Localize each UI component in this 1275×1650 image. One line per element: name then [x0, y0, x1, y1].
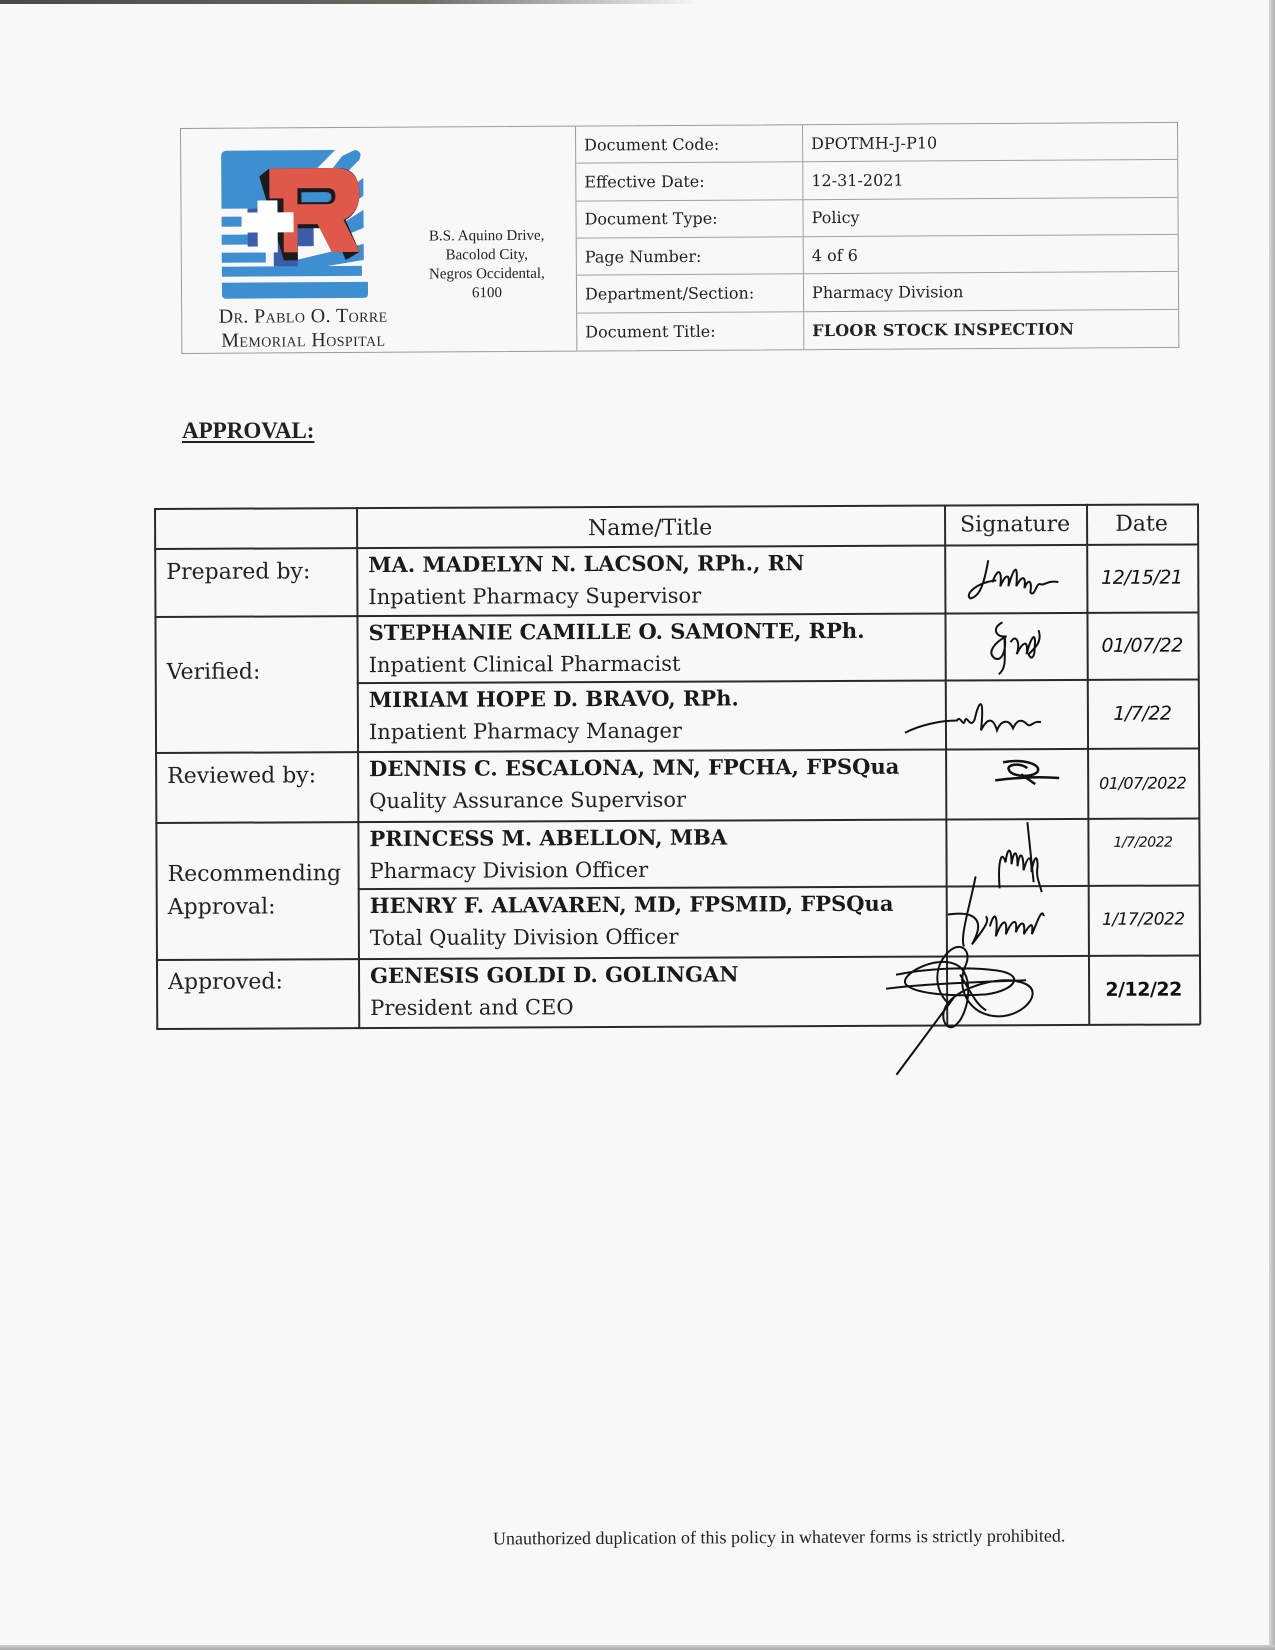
signature-escalona-icon [991, 758, 1071, 792]
document-code-value: DPOTMH-J-P10 [803, 123, 1177, 163]
signatory-name: GENESIS GOLDI D. GOLINGAN [370, 958, 946, 993]
signatory-golingan: GENESIS GOLDI D. GOLINGAN President and … [358, 958, 946, 1025]
role-verified: Verified: [155, 655, 357, 689]
signatory-title: Quality Assurance Supervisor [369, 783, 945, 818]
date-abellon: 1/7/2022 [1087, 817, 1198, 867]
page-number-label: Page Number: [577, 237, 804, 276]
role-prepared-by: Prepared by: [154, 555, 356, 589]
signature-bravo-icon [901, 690, 1081, 745]
signatory-name: MA. MADELYN N. LACSON, RPh., RN [368, 547, 944, 582]
effective-date-label: Effective Date: [576, 163, 803, 202]
document-title-label: Document Title: [577, 312, 804, 351]
hospital-identity: Dr. Pablo O. Torre Memorial Hospital B.S… [181, 127, 577, 353]
column-header-name-title: Name/Title [356, 507, 944, 550]
document-code-label: Document Code: [576, 125, 803, 164]
date-bravo: 1/7/22 [1087, 678, 1198, 747]
document-metadata-table: Document Code: DPOTMH-J-P10 Effective Da… [576, 123, 1178, 351]
date-samonte: 01/07/22 [1086, 611, 1197, 678]
scan-edge-bottom [0, 1645, 1275, 1650]
signatory-bravo: MIRIAM HOPE D. BRAVO, RPh. Inpatient Pha… [357, 682, 945, 749]
date-golingan: 2/12/22 [1088, 954, 1199, 1023]
signature-samonte-icon [976, 618, 1056, 682]
signatory-title: Inpatient Pharmacy Supervisor [368, 579, 944, 614]
signatory-name: HENRY F. ALAVAREN, MD, FPSMID, FPSQua [370, 888, 946, 923]
hospital-name: Dr. Pablo O. Torre Memorial Hospital [188, 304, 418, 353]
column-header-date: Date [1086, 503, 1197, 543]
department-value: Pharmacy Division [804, 272, 1178, 312]
role-reviewed-by: Reviewed by: [155, 759, 357, 793]
document-type-value: Policy [803, 198, 1177, 238]
signatory-title: Pharmacy Division Officer [370, 853, 946, 888]
signatory-title: Total Quality Division Officer [370, 920, 946, 955]
scan-edge-right [1269, 0, 1275, 1650]
hospital-address: B.S. Aquino Drive, Bacolod City, Negros … [402, 227, 572, 304]
signature-golingan-icon [876, 934, 1057, 1079]
date-escalona: 01/07/2022 [1087, 747, 1198, 817]
signatory-escalona: DENNIS C. ESCALONA, MN, FPCHA, FPSQua Qu… [357, 751, 945, 818]
page-number-value: 4 of 6 [804, 235, 1178, 275]
effective-date-value: 12-31-2021 [803, 160, 1177, 200]
signatory-title: President and CEO [370, 990, 946, 1025]
signature-lacson-icon [966, 552, 1066, 610]
role-recommending-approval: Recommending Approval: [156, 857, 358, 924]
footer-disclaimer: Unauthorized duplication of this policy … [493, 1526, 1065, 1550]
column-header-signature: Signature [944, 504, 1086, 545]
date-alavaren: 1/17/2022 [1088, 884, 1199, 954]
document-header: Dr. Pablo O. Torre Memorial Hospital B.S… [180, 122, 1179, 354]
document-title-value: FLOOR STOCK INSPECTION [804, 310, 1178, 350]
approval-table: Name/Title Signature Date Prepared by: V… [154, 503, 1200, 1030]
signatory-name: PRINCESS M. ABELLON, MBA [369, 821, 945, 856]
signatory-title: Inpatient Pharmacy Manager [369, 714, 945, 749]
signatory-lacson: MA. MADELYN N. LACSON, RPh., RN Inpatien… [356, 547, 944, 614]
document-type-label: Document Type: [576, 200, 803, 239]
signatory-name: DENNIS C. ESCALONA, MN, FPCHA, FPSQua [369, 751, 945, 786]
approval-heading: APPROVAL: [182, 418, 314, 444]
department-label: Department/Section: [577, 275, 804, 314]
signatory-name: MIRIAM HOPE D. BRAVO, RPh. [369, 682, 945, 717]
signatory-title: Inpatient Clinical Pharmacist [369, 647, 945, 682]
hospital-cross-r-logo-icon [217, 148, 374, 301]
scan-edge-top [0, 0, 700, 4]
date-lacson: 12/15/21 [1086, 543, 1197, 611]
signatory-abellon: PRINCESS M. ABELLON, MBA Pharmacy Divisi… [357, 821, 945, 888]
signatory-samonte: STEPHANIE CAMILLE O. SAMONTE, RPh. Inpat… [356, 615, 944, 682]
signatory-alavaren: HENRY F. ALAVAREN, MD, FPSMID, FPSQua To… [358, 888, 946, 955]
signatory-name: STEPHANIE CAMILLE O. SAMONTE, RPh. [368, 615, 944, 650]
role-approved: Approved: [156, 965, 358, 999]
